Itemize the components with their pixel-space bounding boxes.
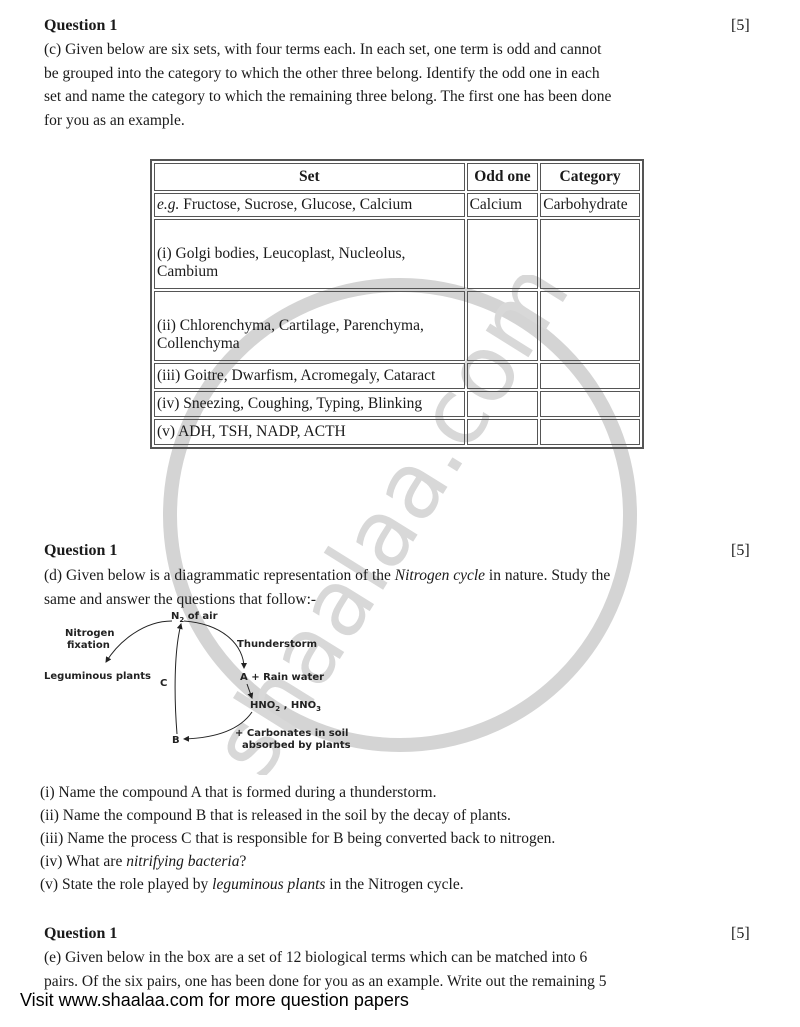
text-line: set and name the category to which the r… [44, 85, 704, 109]
question-heading-c: Question 1 [44, 17, 117, 35]
text-line: (d) Given below is a diagrammatic repres… [44, 564, 704, 588]
question-heading-d: Question 1 [44, 542, 117, 560]
category-cell [540, 363, 640, 389]
category-cell [540, 391, 640, 417]
text-line: for you as an example. [44, 109, 704, 133]
table-row: (iv) Sneezing, Coughing, Typing, Blinkin… [154, 391, 640, 417]
example-prefix: e.g. [157, 196, 179, 213]
category-cell: Carbohydrate [540, 193, 640, 217]
set-cell: (v) ADH, TSH, NADP, ACTH [154, 419, 465, 445]
odd-one-cell [467, 391, 539, 417]
nitrogen-fixation-label-2: fixation [67, 640, 110, 651]
subquestion-i: (i) Name the compound A that is formed d… [40, 784, 436, 802]
odd-one-cell [467, 419, 539, 445]
b-label: B [172, 735, 180, 746]
marks-d: [5] [731, 542, 750, 560]
nitrogen-cycle-term: Nitrogen cycle [395, 567, 485, 584]
header-set: Set [154, 163, 465, 191]
text-span: (d) Given below is a diagrammatic repres… [44, 567, 395, 584]
nitrogen-fixation-label-1: Nitrogen [65, 628, 114, 639]
category-cell [540, 219, 640, 289]
text-span: in nature. Study the [485, 567, 610, 584]
question-c-text: (c) Given below are six sets, with four … [44, 38, 704, 132]
odd-one-cell [467, 219, 539, 289]
fixation-arrow [106, 621, 172, 662]
text-span: in the Nitrogen cycle. [325, 876, 463, 893]
carbonates-label-2: absorbed by plants [242, 740, 351, 751]
thunderstorm-arrow [184, 621, 244, 668]
subquestion-v: (v) State the role played by leguminous … [40, 876, 464, 894]
text-line: (e) Given below in the box are a set of … [44, 946, 704, 970]
header-category: Category [540, 163, 640, 191]
leguminous-plants-label: Leguminous plants [44, 671, 151, 682]
set-cell: (iii) Goitre, Dwarfism, Acromegaly, Cata… [154, 363, 465, 389]
text-span: (iv) What are [40, 853, 126, 870]
text-line: (c) Given below are six sets, with four … [44, 38, 704, 62]
subquestion-ii: (ii) Name the compound B that is release… [40, 807, 511, 825]
c-label: C [160, 678, 167, 689]
category-cell [540, 291, 640, 361]
question-e-text: (e) Given below in the box are a set of … [44, 946, 704, 993]
table-row: (ii) Chlorenchyma, Cartilage, Parenchyma… [154, 291, 640, 361]
set-text: Fructose, Sucrose, Glucose, Calcium [179, 196, 412, 213]
table-row: (iii) Goitre, Dwarfism, Acromegaly, Cata… [154, 363, 640, 389]
odd-one-cell: Calcium [467, 193, 539, 217]
set-cell: (ii) Chlorenchyma, Cartilage, Parenchyma… [154, 291, 465, 361]
rain-arrow [247, 684, 252, 698]
odd-one-cell [467, 291, 539, 361]
italic-term: leguminous plants [212, 876, 325, 893]
marks-e: [5] [731, 925, 750, 943]
set-cell: e.g. Fructose, Sucrose, Glucose, Calcium [154, 193, 465, 217]
denitrification-arrow [175, 624, 181, 734]
table-row: (v) ADH, TSH, NADP, ACTH [154, 419, 640, 445]
text-span: ? [239, 853, 246, 870]
question-heading-e: Question 1 [44, 925, 117, 943]
question-d-text: (d) Given below is a diagrammatic repres… [44, 564, 704, 611]
text-span: (v) State the role played by [40, 876, 212, 893]
a-rain-water-label: A + Rain water [240, 672, 324, 683]
category-cell [540, 419, 640, 445]
table-row: e.g. Fructose, Sucrose, Glucose, Calcium… [154, 193, 640, 217]
hno-label: HNO2 , HNO3 [250, 700, 321, 713]
table-row: (i) Golgi bodies, Leucoplast, Nucleolus,… [154, 219, 640, 289]
odd-one-cell [467, 363, 539, 389]
odd-one-out-table: Set Odd one Category e.g. Fructose, Sucr… [150, 159, 644, 449]
table-header-row: Set Odd one Category [154, 163, 640, 191]
footer-link[interactable]: Visit www.shaalaa.com for more question … [20, 990, 409, 1011]
marks-c: [5] [731, 17, 750, 35]
set-cell: (iv) Sneezing, Coughing, Typing, Blinkin… [154, 391, 465, 417]
thunderstorm-label: Thunderstorm [237, 639, 317, 650]
text-line: be grouped into the category to which th… [44, 62, 704, 86]
subquestion-iv: (iv) What are nitrifying bacteria? [40, 853, 246, 871]
set-cell: (i) Golgi bodies, Leucoplast, Nucleolus,… [154, 219, 465, 289]
italic-term: nitrifying bacteria [126, 853, 239, 870]
nitrogen-cycle-diagram: N2 of air Nitrogen fixation Leguminous p… [34, 606, 364, 756]
subquestion-iii: (iii) Name the process C that is respons… [40, 830, 555, 848]
carbonates-label-1: + Carbonates in soil [235, 728, 348, 739]
header-odd-one: Odd one [467, 163, 539, 191]
